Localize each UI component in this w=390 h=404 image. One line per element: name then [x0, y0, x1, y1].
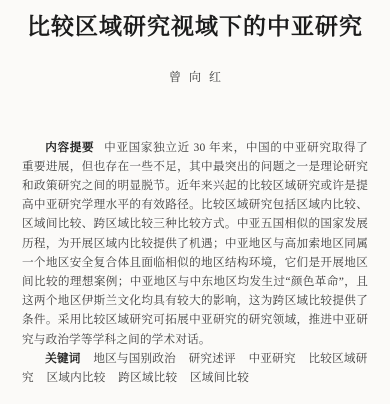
keyword-term: 区域内比较 [47, 371, 106, 384]
keyword-term: 跨区域比较 [118, 371, 177, 384]
abstract-text: 中亚国家独立近 30 年来，中国的中亚研究取得了重要进展，但也存在一些不足，其中… [22, 141, 368, 346]
abstract-paragraph: 内容提要中亚国家独立近 30 年来，中国的中亚研究取得了重要进展，但也存在一些不… [22, 138, 368, 349]
keyword-term: 地区与国别政治 [93, 352, 176, 365]
author-name: 曾向红 [0, 68, 390, 85]
abstract-label: 内容提要 [45, 141, 94, 154]
keyword-term: 研究述评 [189, 352, 236, 365]
keyword-term: 区域间比较 [190, 371, 249, 384]
page: { "page": { "colors": { "paper": "#fbfaf… [0, 0, 390, 404]
abstract-block: 内容提要中亚国家独立近 30 年来，中国的中亚研究取得了重要进展，但也存在一些不… [22, 138, 368, 388]
keywords-paragraph: 关键词地区与国别政治研究述评中亚研究比较区域研究区域内比较跨区域比较区域间比较 [22, 349, 368, 387]
keywords-label: 关键词 [45, 352, 80, 365]
keyword-term: 中亚研究 [249, 352, 296, 365]
paper-page: 比较区域研究视域下的中亚研究 曾向红 内容提要中亚国家独立近 30 年来，中国的… [0, 0, 390, 404]
article-title: 比较区域研究视域下的中亚研究 [0, 0, 390, 41]
